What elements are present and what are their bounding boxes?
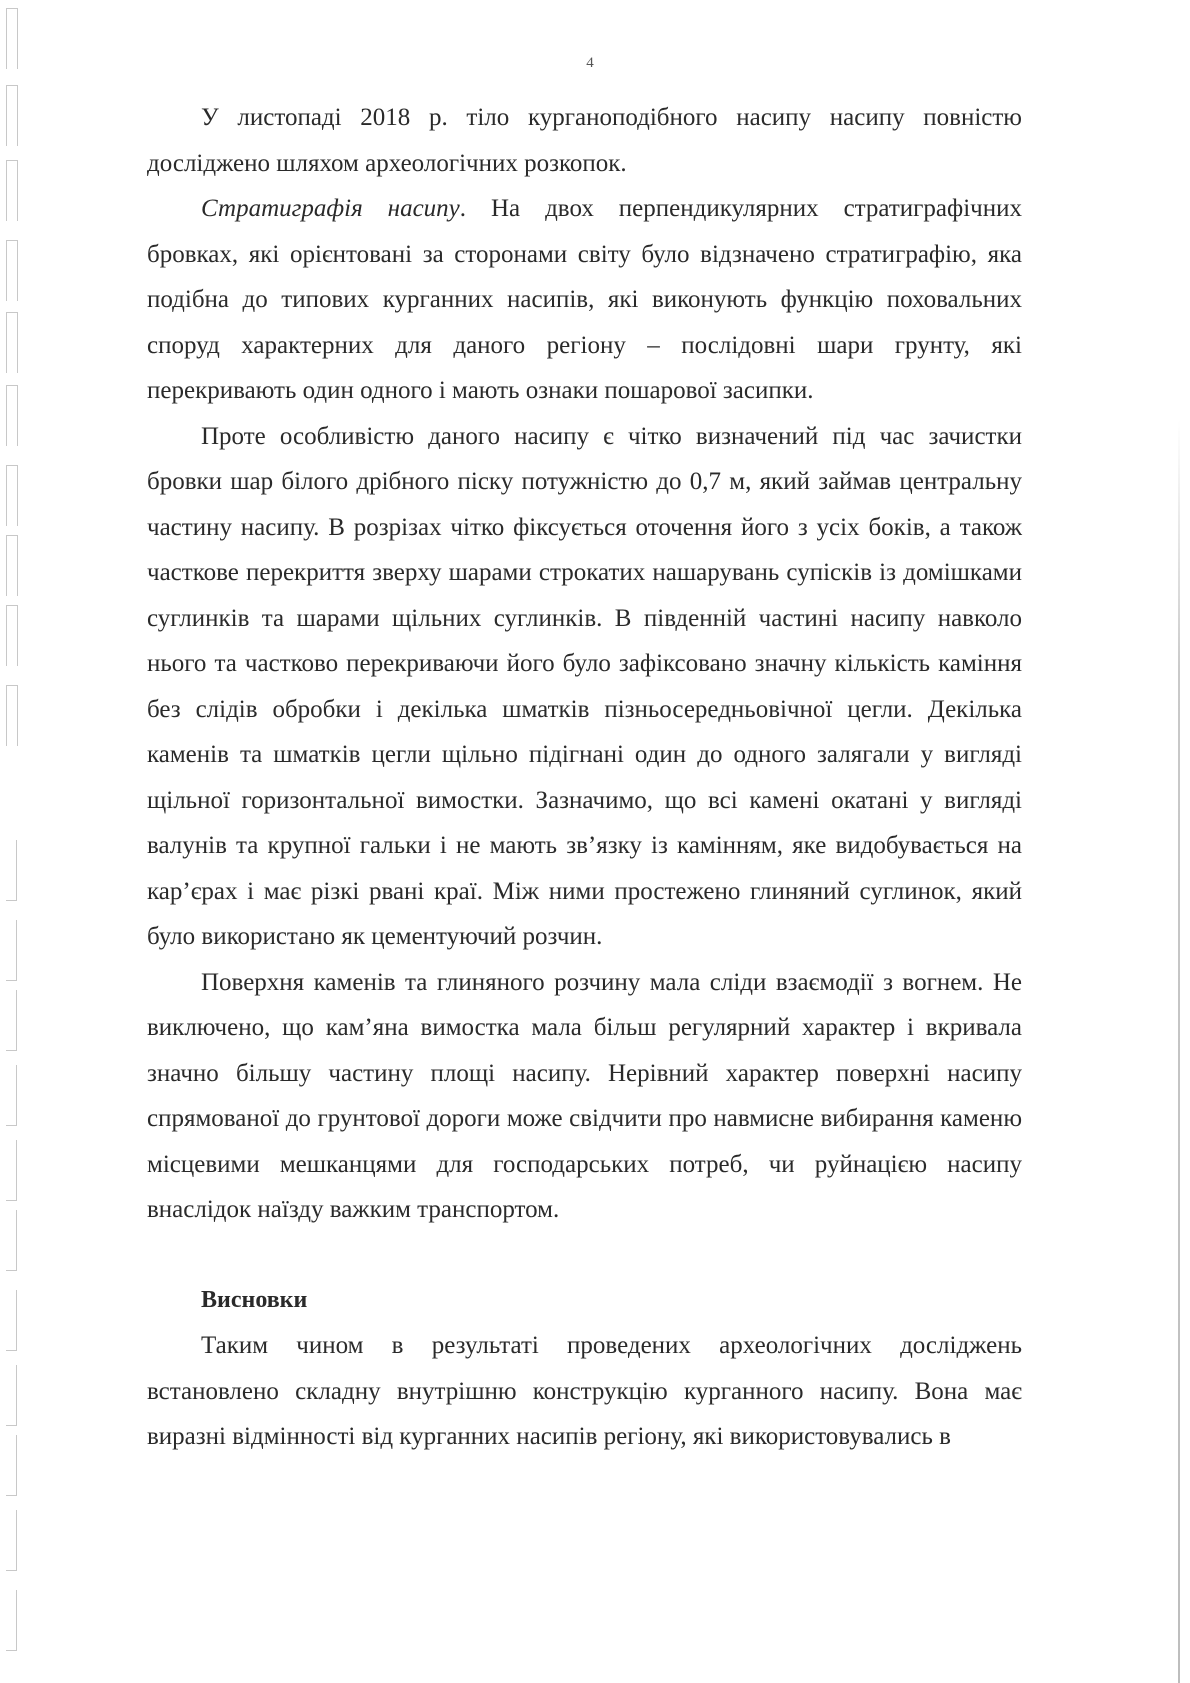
- binder-mark: [6, 240, 18, 301]
- binder-mark: [6, 385, 18, 446]
- binder-mark: [6, 1065, 17, 1126]
- binder-mark: [6, 312, 18, 373]
- paragraph-intro: У листопаді 2018 р. тіло курганоподібног…: [147, 95, 1022, 186]
- paragraph-stratigraphy: Стратиграфія насипу. На двох перпендикул…: [147, 186, 1022, 414]
- page-number: 4: [0, 55, 1180, 72]
- binder-mark: [6, 535, 18, 596]
- binder-mark: [6, 85, 18, 146]
- binder-mark: [6, 1210, 17, 1271]
- binder-mark: [6, 1290, 17, 1351]
- paragraph-conclusions: Таким чином в результаті проведених архе…: [147, 1323, 1022, 1460]
- section-heading-conclusions: Висновки: [147, 1278, 1022, 1324]
- stratigraphy-text: . На двох перпендикулярних стратиграфічн…: [147, 195, 1022, 404]
- paragraph-fire-traces: Поверхня каменів та глиняного розчину ма…: [147, 960, 1022, 1233]
- binder-mark: [6, 685, 18, 746]
- binder-mark: [6, 465, 18, 526]
- paragraph-sand-layer: Проте особливістю даного насипу є чітко …: [147, 414, 1022, 960]
- binder-mark: [6, 1140, 17, 1201]
- binder-mark: [6, 840, 17, 901]
- binder-hole-marks: [0, 0, 30, 1683]
- binder-mark: [6, 1365, 17, 1426]
- binder-mark: [6, 1435, 17, 1496]
- binder-mark: [6, 1590, 17, 1651]
- binder-mark: [6, 1510, 17, 1571]
- scan-page-edge: [1178, 420, 1180, 1683]
- binder-mark: [6, 605, 18, 666]
- binder-mark: [6, 920, 17, 981]
- binder-mark: [6, 990, 17, 1051]
- document-body: У листопаді 2018 р. тіло курганоподібног…: [147, 95, 1022, 1460]
- stratigraphy-lead: Стратиграфія насипу: [201, 195, 460, 222]
- binder-mark: [6, 160, 18, 221]
